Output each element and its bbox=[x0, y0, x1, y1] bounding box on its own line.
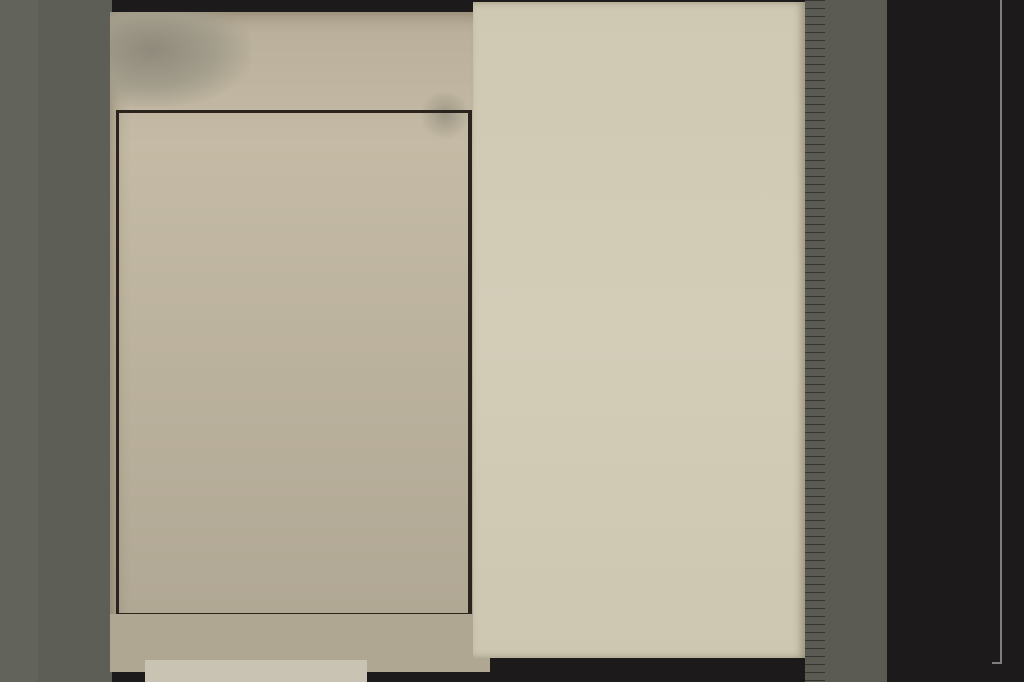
grayscale-target bbox=[0, 0, 112, 682]
kodak-ruler bbox=[805, 0, 887, 682]
grayscale-steps bbox=[38, 0, 112, 682]
grayscale-labels bbox=[0, 0, 38, 682]
chart-border bbox=[992, 0, 1002, 664]
paper-slip bbox=[145, 660, 367, 682]
water-stain bbox=[110, 12, 250, 107]
right-blank-page bbox=[473, 2, 805, 658]
color-patches bbox=[887, 0, 992, 682]
ruler-ticks bbox=[805, 0, 825, 682]
left-book-page bbox=[110, 12, 490, 672]
text-frame bbox=[116, 110, 472, 616]
